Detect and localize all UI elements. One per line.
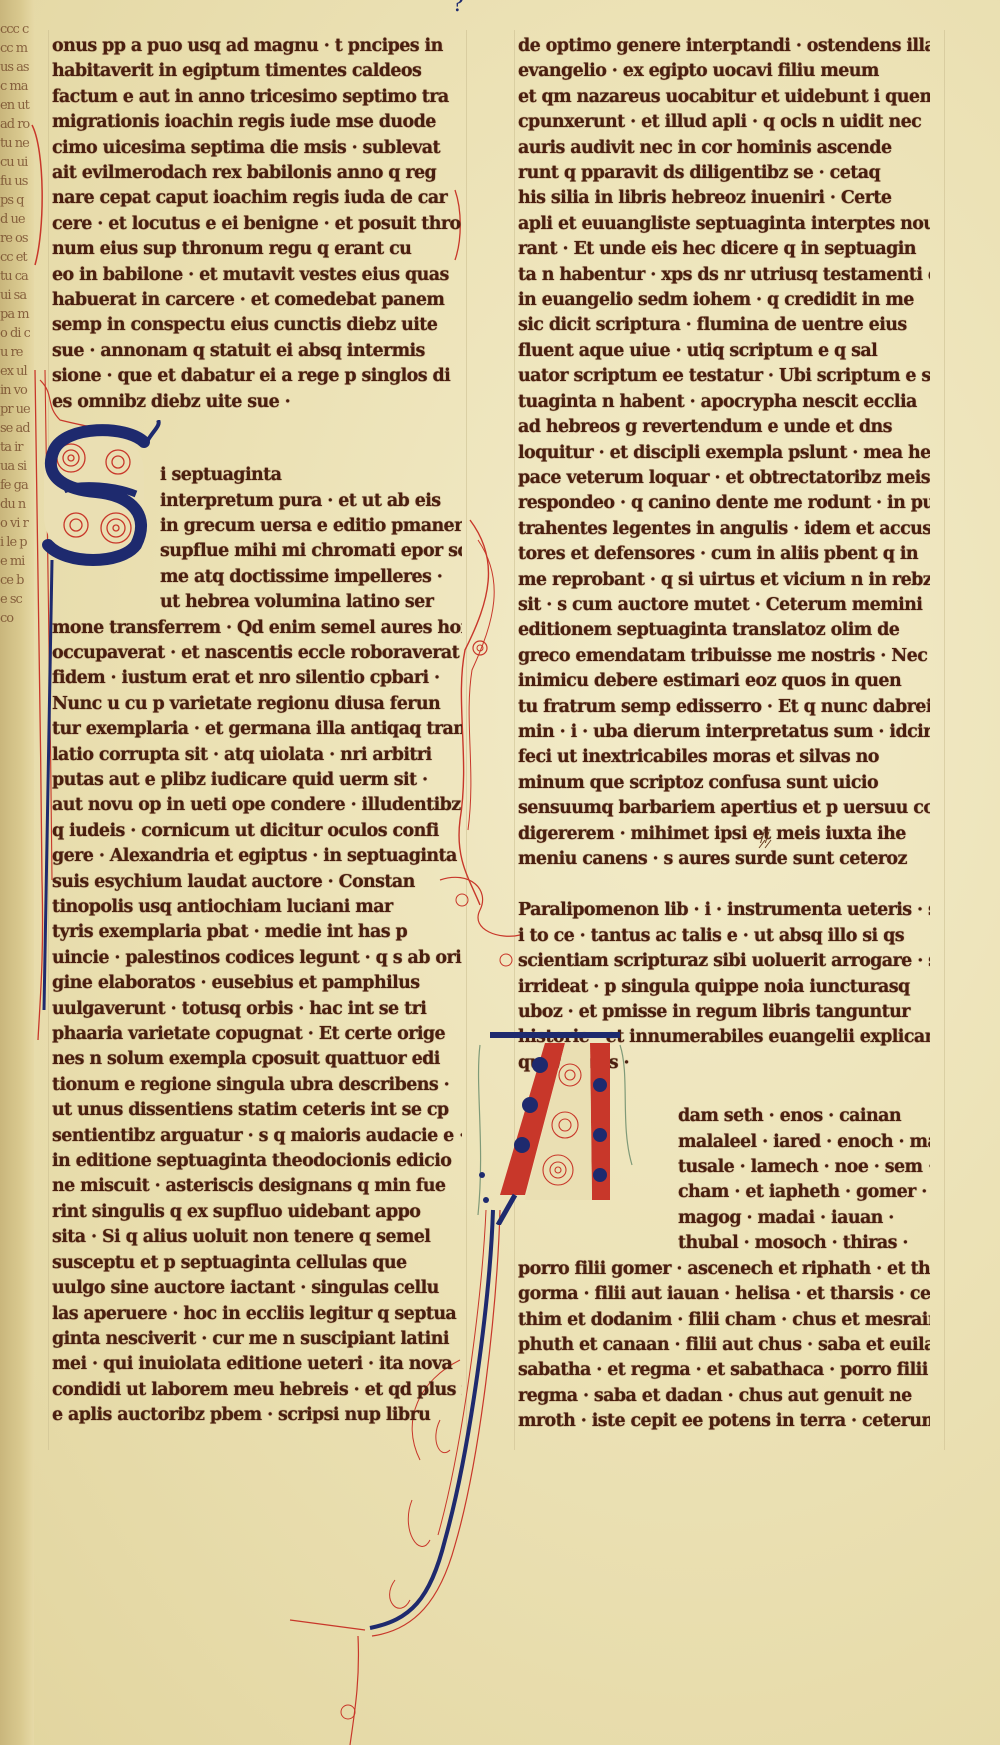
text-line: tuaginta n habent · apocrypha nescit ecc… [518, 390, 930, 415]
text-line: latio corrupta sit · atq uiolata · nri a… [52, 743, 462, 768]
text-line: scientiam scripturaz sibi uoluerit arrog… [518, 949, 930, 974]
text-line: min · i · uba dierum interpretatus sum ·… [518, 720, 930, 745]
text-line: sit · s cum auctore mutet · Ceterum memi… [518, 593, 930, 618]
text-line: tusale · lamech · noe · sem · [678, 1155, 930, 1180]
text-line: porro filii gomer · ascenech et riphath … [518, 1257, 930, 1282]
text-line: las aperuere · hoc in eccliis legitur q … [52, 1302, 462, 1327]
text-line: in euangelio sedm iohem · q credidit in … [518, 288, 930, 313]
text-line: respondeo · q canino dente me rodunt · i… [518, 491, 930, 516]
text-line: cere · et locutus e ei benigne · et posu… [52, 212, 462, 237]
text-line: dam seth · enos · cainan [678, 1104, 930, 1129]
text-line: gine elaboratos · eusebius et pamphilus [52, 971, 462, 996]
text-line: susceptu et p septuaginta cellulas que [52, 1251, 462, 1276]
text-line: e aplis auctoribz pbem · scripsi nup lib… [52, 1403, 462, 1428]
text-line: uincie · palestinos codices legunt · q s… [52, 946, 462, 971]
catch-mark: // [760, 830, 769, 846]
text-line: me atq doctissime impelleres · [160, 565, 462, 590]
text-line: sentientibz arguatur · s q maioris audac… [52, 1124, 462, 1149]
text-line: gorma · filii aut iauan · helisa · et th… [518, 1282, 930, 1307]
text-line: pace veterum loquar · et obtrectatoribz … [518, 466, 930, 491]
text-line: uator scriptum ee testatur · Ubi scriptu… [518, 364, 930, 389]
text-line: regma · saba et dadan · chus aut genuit … [518, 1384, 930, 1409]
text-line: cpunxerunt · et illud apli · q ocls n ui… [518, 110, 930, 135]
text-line: tyris exemplaria pbat · medie int has p [52, 920, 462, 945]
text-line: aut novu op in ueti ope condere · illude… [52, 793, 462, 818]
text-line: factum e aut in anno tricesimo septimo t… [52, 85, 462, 110]
text-line: in editione septuaginta theodocionis edi… [52, 1149, 462, 1174]
text-line: in grecum uersa e editio pmaneret · [160, 514, 462, 539]
text-line: putas aut e plibz iudicare quid uerm sit… [52, 768, 462, 793]
text-line: suis esychium laudat auctore · Constan [52, 870, 462, 895]
text-line: uulgo sine auctore iactant · singulas ce… [52, 1276, 462, 1301]
text-line: feci ut inextricabiles moras et silvas n… [518, 745, 930, 770]
spacer [518, 872, 930, 898]
text-line: meniu canens · s aures surde sunt cetero… [518, 847, 930, 872]
text-line: editionem septuaginta translatoz olim de [518, 618, 930, 643]
text-line: mroth · iste cepit ee potens in terra · … [518, 1409, 930, 1434]
text-line: me reprobant · q si uirtus et vicium n i… [518, 568, 930, 593]
text-line: sabatha · et regma · et sabathaca · porr… [518, 1358, 930, 1383]
text-line: magog · madai · iauan · [678, 1206, 930, 1231]
text-line: uulgaverunt · totusq orbis · hac int se … [52, 997, 462, 1022]
text-line: phuth et canaan · filii aut chus · saba … [518, 1333, 930, 1358]
text-line: tionum e regione singula ubra describens… [52, 1073, 462, 1098]
text-line: nes n solum exempla cposuit quattuor edi [52, 1047, 462, 1072]
text-line: cimo uicesima septima die msis · subleva… [52, 136, 462, 161]
text-line: de optimo genere interptandi · ostendens… [518, 34, 930, 59]
text-line: supflue mihi mi chromati epor sctiss [160, 539, 462, 564]
text-line: auris audivit nec in cor hominis ascende [518, 136, 930, 161]
text-line: nare cepat caput ioachim regis iuda de c… [52, 186, 462, 211]
text-line: i to ce · tantus ac talis e · ut absq il… [518, 924, 930, 949]
text-line: mei · qui inuiolata editione ueteri · it… [52, 1352, 462, 1377]
text-line: mone transferrem · Qd enim semel aures h… [52, 616, 462, 641]
text-line: condidi ut laborem meu hebreis · et qd p… [52, 1378, 462, 1403]
text-line: tores et defensores · cum in aliis pbent… [518, 542, 930, 567]
text-line: thim et dodanim · filii cham · chus et m… [518, 1308, 930, 1333]
text-line: interpretum pura · et ut ab eis [160, 489, 462, 514]
manuscript-page: ccc ccc mus asc ma en ut ad ro tu ne cu … [0, 0, 1000, 1745]
text-line: runt q pparavit ds diligentibz se · ceta… [518, 161, 930, 186]
text-line: his silia in libris hebreoz inueniri · C… [518, 186, 930, 211]
text-line: evangelio · ex egipto uocavi filiu meum [518, 59, 930, 84]
text-line: phaaria varietate copugnat · Et certe or… [52, 1022, 462, 1047]
text-block-kings-ending: onus pp a puo usq ad magnu · t pncipes i… [52, 34, 462, 415]
text-line: fidem · iustum erat et nro silentio cpba… [52, 666, 462, 691]
text-line: trahentes legentes in angulis · idem et … [518, 517, 930, 542]
text-line: ginta nesciverit · cur me n suscipiant l… [52, 1327, 462, 1352]
text-line: greco emendatam tribuisse me nostris · N… [518, 644, 930, 669]
illuminated-initial-s [36, 420, 166, 570]
text-line: inimicu debere estimari eoz quos in quen [518, 669, 930, 694]
text-line: digererem · mihimet ipsi et meis iuxta i… [518, 822, 930, 847]
text-line: tu fratrum semp edisserro · Et q nunc da… [518, 695, 930, 720]
text-line: apli et euuangliste septuaginta interpte… [518, 212, 930, 237]
illuminated-initial-a [470, 1025, 650, 1225]
text-line: num eius sup thronum regu q erant cu [52, 237, 462, 262]
text-line: minum que scriptoz confusa sunt uicio [518, 771, 930, 796]
text-line: occupaverat · et nascentis eccle roborav… [52, 641, 462, 666]
text-line: rint singulis q ex supfluo uidebant appo [52, 1200, 462, 1225]
text-line: semp in conspectu eius cunctis diebz uit… [52, 313, 462, 338]
prologue-heading: i septuaginta [160, 463, 462, 488]
text-line: gere · Alexandria et egiptus · in septua… [52, 844, 462, 869]
text-line: onus pp a puo usq ad magnu · t pncipes i… [52, 34, 462, 59]
text-line: sita · Si q alius uoluit non tenere q se… [52, 1225, 462, 1250]
text-line: tinopolis usq antiochiam luciani mar [52, 895, 462, 920]
text-line: cham · et iapheth · gomer · [678, 1180, 930, 1205]
text-line: rant · Et unde eis hec dicere q in septu… [518, 237, 930, 262]
text-line: es omnibz diebz uite sue · [52, 390, 462, 415]
text-line: ut hebrea volumina latino ser [160, 590, 462, 615]
text-line: tur exemplaria · et germana illa antiqaq… [52, 717, 462, 742]
text-line: migrationis ioachin regis iude mse duode [52, 110, 462, 135]
text-line: sic dicit scriptura · flumina de uentre … [518, 313, 930, 338]
text-line: habuerat in carcere · et comedebat panem [52, 288, 462, 313]
text-line: fluent aque uiue · utiq scriptum e q sal [518, 339, 930, 364]
text-line: ta n habentur · xps ds nr utriusq testam… [518, 263, 930, 288]
text-line: sue · annonam q statuit ei absq intermis [52, 339, 462, 364]
text-line: Paralipomenon lib · i · instrumenta uete… [518, 898, 930, 923]
text-line: loquitur · et discipli exempla pslunt · … [518, 441, 930, 466]
text-line: irrideat · p singula quippe noia iunctur… [518, 975, 930, 1000]
left-text-column: onus pp a puo usq ad magnu · t pncipes i… [52, 34, 462, 1429]
text-line: ad hebreos g revertendum e unde et dns [518, 415, 930, 440]
text-line: uboz · et pmisse in regum libris tangunt… [518, 1000, 930, 1025]
text-line: ait evilmerodach rex babilonis anno q re… [52, 161, 462, 186]
text-line: sione · que et dabatur ei a rege p singl… [52, 364, 462, 389]
text-line: ut unus dissentiens statim ceteris int s… [52, 1098, 462, 1123]
text-line: et qm nazareus uocabitur et uidebunt i q… [518, 85, 930, 110]
text-line: ne miscuit · asteriscis designans q min … [52, 1174, 462, 1199]
text-line: habitaverit in egiptum timentes caldeos [52, 59, 462, 84]
text-line: q iudeis · cornicum ut dicitur oculos co… [52, 819, 462, 844]
text-line: eo in babilone · et mutavit vestes eius … [52, 263, 462, 288]
text-line: malaleel · iared · enoch · ma [678, 1130, 930, 1155]
prologue-continuation: de optimo genere interptandi · ostendens… [518, 34, 930, 872]
text-line: thubal · mosoch · thiras · [678, 1231, 930, 1256]
text-line: Nunc u cu p varietate regionu diusa feru… [52, 692, 462, 717]
prologue-with-initial-s: i septuaginta interpretum pura · et ut a… [52, 463, 462, 1428]
text-line: sensuumq barbariem apertius et p uersuu … [518, 796, 930, 821]
